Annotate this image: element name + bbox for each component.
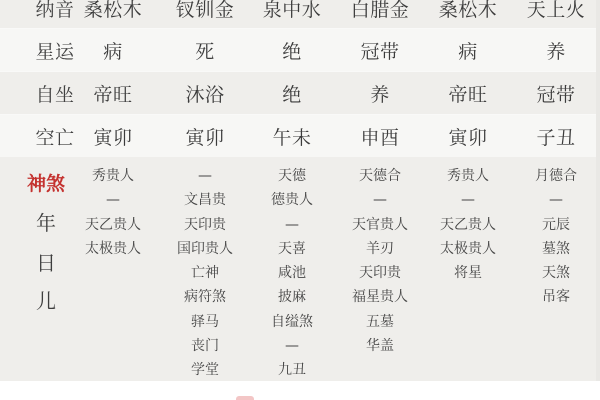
cell: 绝 (282, 80, 302, 107)
shensha-item: 丧门 (191, 334, 219, 358)
cell: 绝 (282, 37, 302, 64)
shensha-item: — (285, 334, 299, 358)
shensha-item: 驿马 (191, 310, 219, 334)
cell: 冠带 (536, 80, 575, 107)
shensha-item: 天喜 (278, 237, 306, 261)
cell: 寅卯 (448, 123, 487, 150)
shensha-item: — (461, 188, 475, 212)
cell: 养 (370, 80, 390, 107)
cell: 病 (458, 37, 478, 64)
right-border (596, 0, 600, 381)
shensha-item: 披麻 (278, 285, 306, 309)
shensha-item: 天乙贵人 (440, 213, 496, 237)
shensha-item: 天德合 (359, 164, 401, 188)
shensha-item: 九丑 (278, 358, 306, 382)
row-kongwang: 空亡 寅卯 寅卯 午未 申酉 寅卯 子丑 (0, 115, 600, 158)
cell: 桑松木 (439, 0, 498, 22)
row-label: 星运 (35, 37, 74, 64)
side-char: 日 (36, 247, 56, 276)
shensha-item: 福星贵人 (352, 285, 408, 309)
shensha-column: 秀贵人 — 天乙贵人 太极贵人 将星 (440, 164, 496, 285)
cell: 寅卯 (93, 123, 132, 150)
shensha-item: 亡神 (191, 261, 219, 285)
cell: 申酉 (360, 123, 399, 150)
cell: 桑松木 (84, 0, 143, 22)
cell: 帝旺 (93, 80, 132, 107)
shensha-section: 神煞 年 日 儿 秀贵人 — 天乙贵人 太极贵人 — 文昌贵 天印贵 国印贵人 … (0, 157, 600, 381)
shensha-item: — (106, 188, 120, 212)
shensha-item: 秀贵人 (447, 164, 489, 188)
row-label: 空亡 (35, 123, 74, 150)
shensha-item: 天德 (278, 164, 306, 188)
shensha-column: 秀贵人 — 天乙贵人 太极贵人 (85, 164, 141, 261)
shensha-item: 元辰 (542, 213, 570, 237)
decorative-mark (236, 396, 254, 400)
shensha-item: 咸池 (278, 261, 306, 285)
shensha-item: — (198, 164, 212, 188)
cell: 泉中水 (263, 0, 322, 22)
shensha-column: 月德合 — 元辰 墓煞 天煞 吊客 (535, 164, 577, 310)
cell: 白腊金 (351, 0, 410, 22)
cell: 帝旺 (448, 80, 487, 107)
shensha-title: 神煞 (27, 169, 65, 196)
shensha-item: 将星 (454, 261, 482, 285)
shensha-column: — 文昌贵 天印贵 国印贵人 亡神 病符煞 驿马 丧门 学堂 (177, 164, 233, 383)
shensha-item: 国印贵人 (177, 237, 233, 261)
shensha-item: 墓煞 (542, 237, 570, 261)
cell: 病 (103, 37, 123, 64)
cell: 钗钏金 (176, 0, 235, 22)
shensha-item: 太极贵人 (440, 237, 496, 261)
shensha-item: 病符煞 (184, 285, 226, 309)
shensha-item: 秀贵人 (92, 164, 134, 188)
shensha-item: 天煞 (542, 261, 570, 285)
shensha-item: 天印贵 (359, 261, 401, 285)
cell: 天上火 (527, 0, 586, 22)
bazi-table: 纳音 桑松木 钗钏金 泉中水 白腊金 桑松木 天上火 星运 病 死 绝 冠带 病… (0, 0, 600, 158)
bottom-strip (0, 381, 600, 400)
shensha-item: — (549, 188, 563, 212)
cell: 寅卯 (185, 123, 224, 150)
shensha-item: — (373, 188, 387, 212)
shensha-item: 吊客 (542, 285, 570, 309)
cell: 午未 (272, 123, 311, 150)
shensha-item: 学堂 (191, 358, 219, 382)
shensha-item: 华盖 (366, 334, 394, 358)
shensha-item: 天印贵 (184, 213, 226, 237)
shensha-item: 文昌贵 (184, 188, 226, 212)
cell: 死 (195, 37, 215, 64)
row-zizuo: 自坐 帝旺 沐浴 绝 养 帝旺 冠带 (0, 72, 600, 115)
shensha-item: — (285, 213, 299, 237)
shensha-item: 羊刃 (366, 237, 394, 261)
row-label: 纳音 (35, 0, 74, 22)
row-nayin: 纳音 桑松木 钗钏金 泉中水 白腊金 桑松木 天上火 (0, 0, 600, 29)
cell: 养 (546, 37, 566, 64)
shensha-item: 月德合 (535, 164, 577, 188)
cell: 子丑 (536, 123, 575, 150)
cell: 冠带 (360, 37, 399, 64)
shensha-item: 太极贵人 (85, 237, 141, 261)
shensha-item: 自缢煞 (271, 310, 313, 334)
shensha-item: 天乙贵人 (85, 213, 141, 237)
row-label: 自坐 (35, 80, 74, 107)
shensha-item: 天官贵人 (352, 213, 408, 237)
side-char: 年 (36, 207, 56, 236)
shensha-item: 德贵人 (271, 188, 313, 212)
shensha-column: 天德 德贵人 — 天喜 咸池 披麻 自缢煞 — 九丑 (271, 164, 313, 383)
shensha-item: 五墓 (366, 310, 394, 334)
cell: 沐浴 (185, 80, 224, 107)
side-char: 儿 (36, 285, 56, 314)
shensha-column: 天德合 — 天官贵人 羊刃 天印贵 福星贵人 五墓 华盖 (352, 164, 408, 358)
row-xingyun: 星运 病 死 绝 冠带 病 养 (0, 29, 600, 72)
